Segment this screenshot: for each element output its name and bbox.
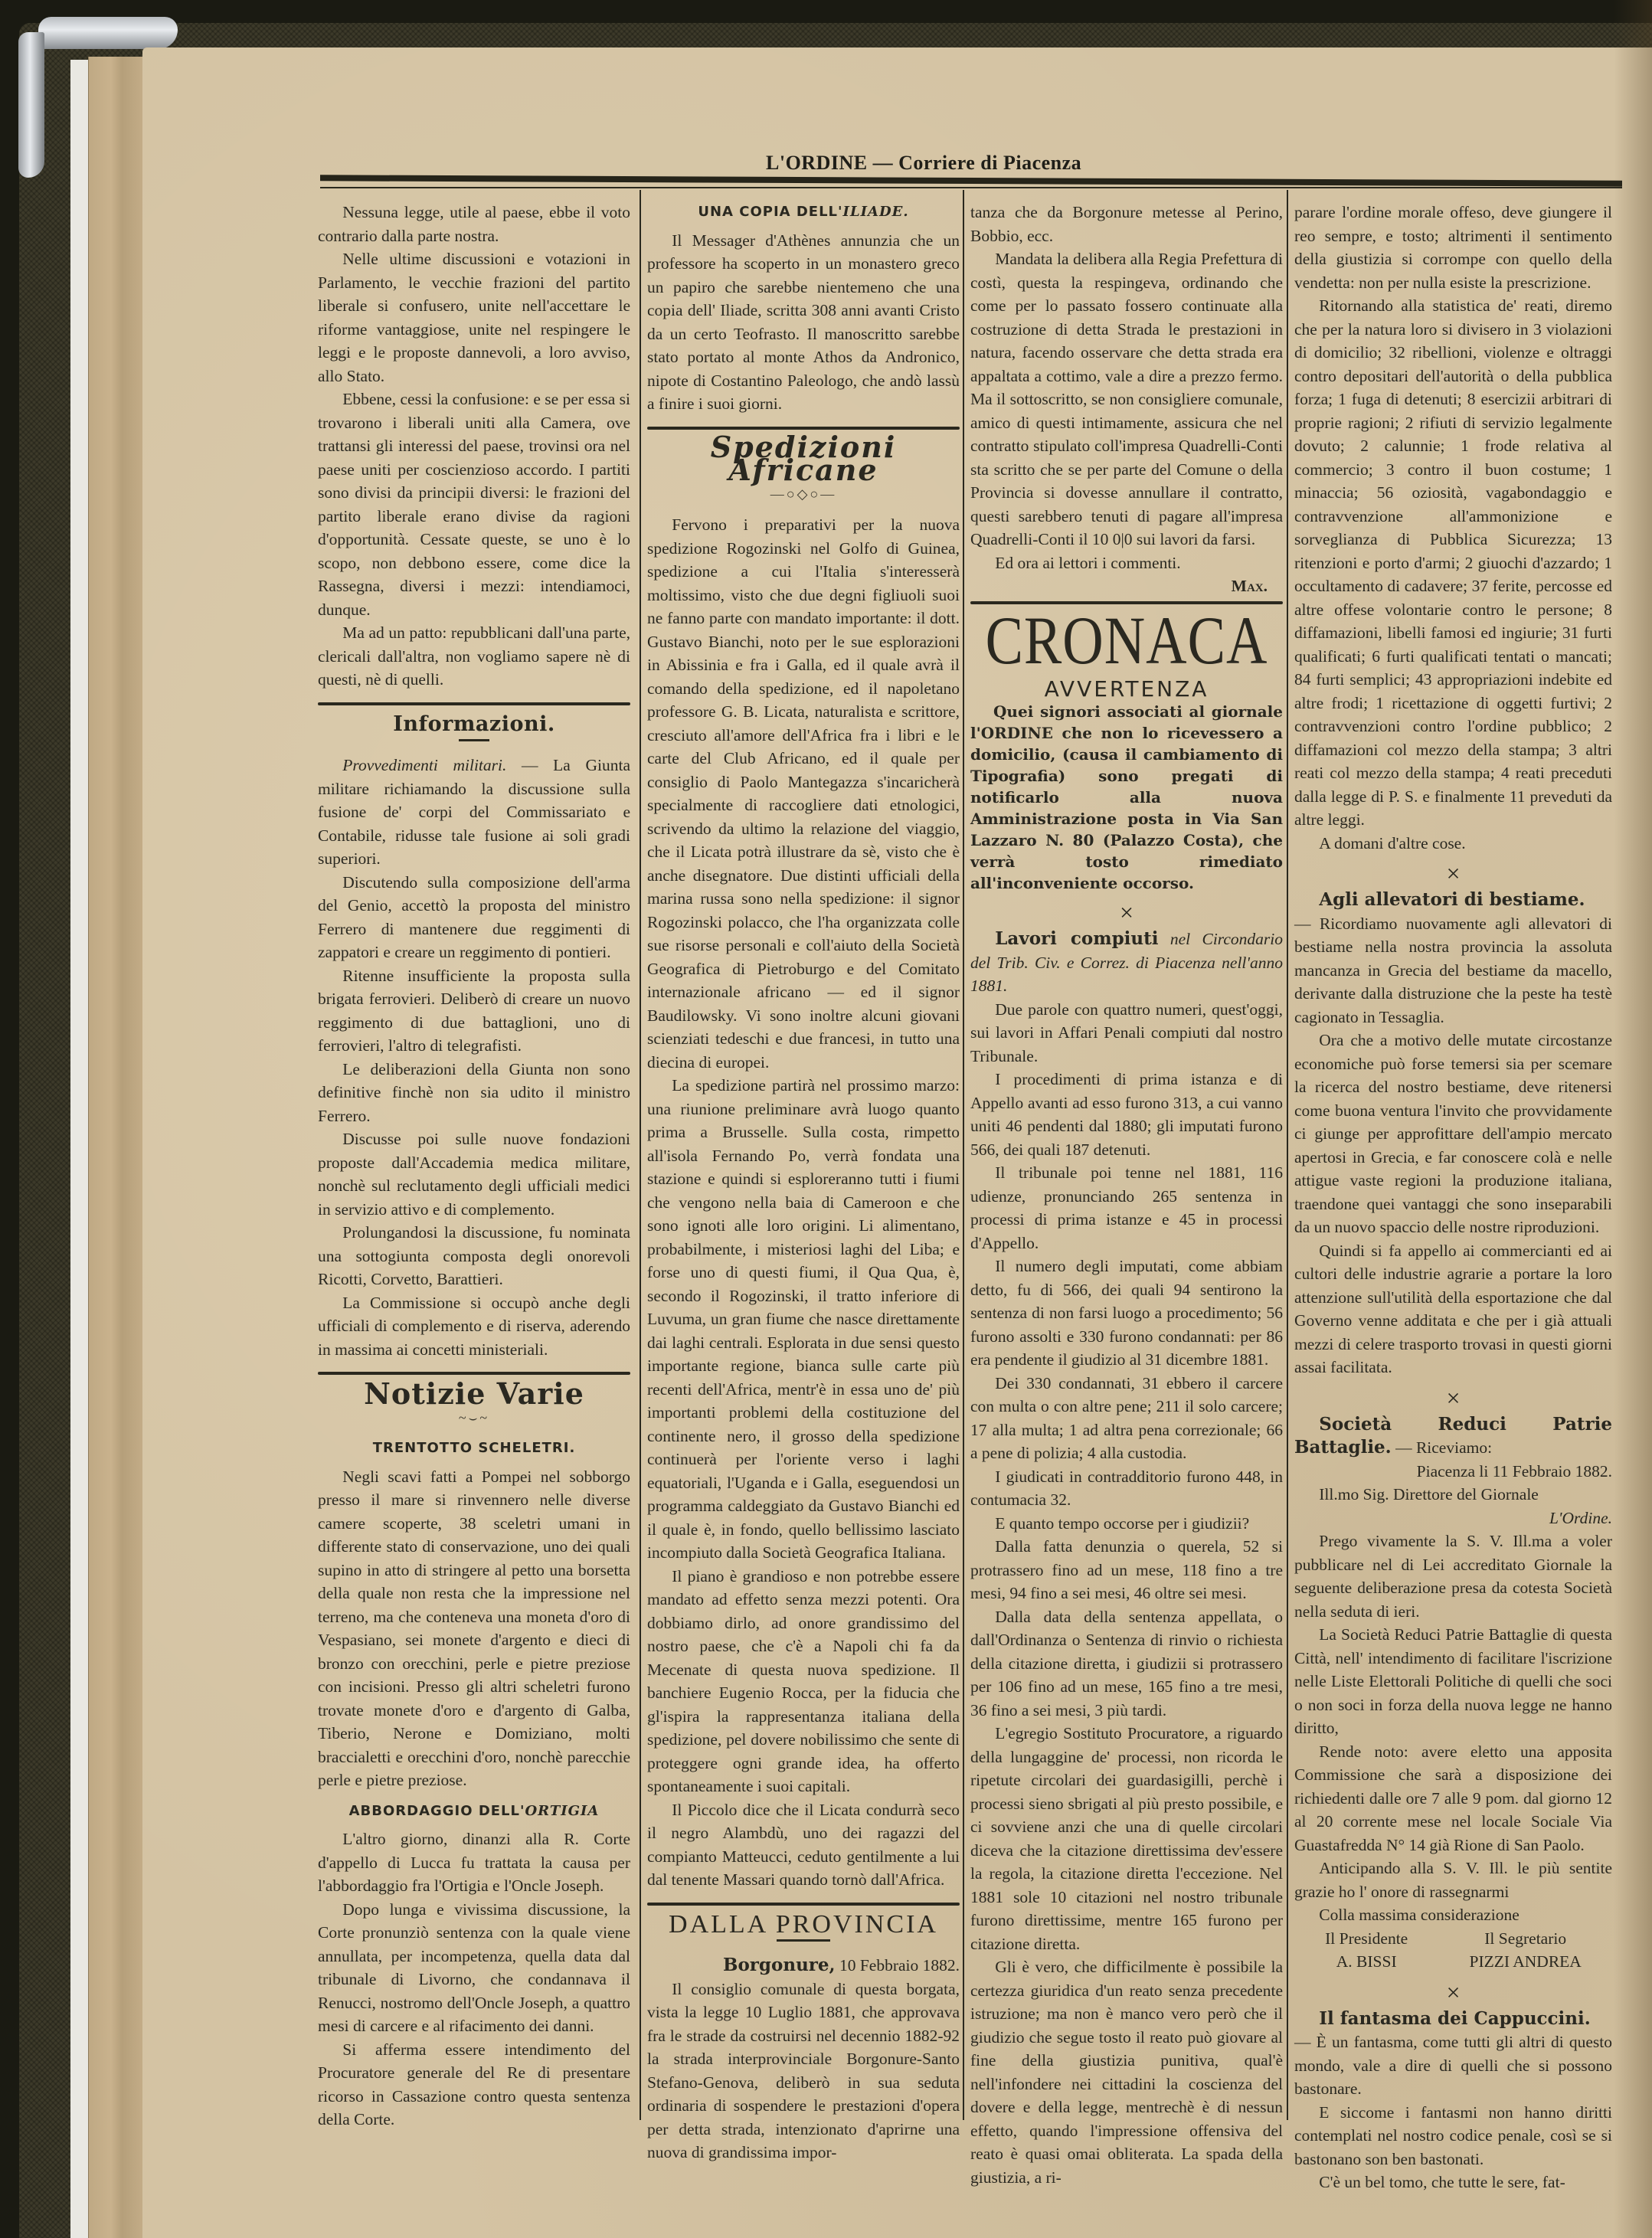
article-paragraph: Prolungandosi la discussione, fu nominat… xyxy=(318,1221,630,1291)
article-paragraph: I procedimenti di prima istanza e di App… xyxy=(970,1068,1283,1161)
article-paragraph: I giudicati in contradditorio furono 448… xyxy=(970,1465,1283,1512)
letter-salutation-paper: L'Ordine. xyxy=(1294,1507,1612,1530)
article-lead: Agli allevatori di bestiame. xyxy=(1294,888,1612,912)
letter-salutation: Ill.mo Sig. Direttore del Giornale xyxy=(1294,1483,1612,1507)
article-title-scheletri: TRENTOTTO SCHELETRI. xyxy=(318,1437,630,1461)
section-heading-dalla-provincia: DALLA PROVINCIA xyxy=(647,1913,960,1937)
article-paragraph: Due parole con quattro numeri, quest'ogg… xyxy=(970,998,1283,1068)
column-divider-1 xyxy=(640,190,641,2120)
author-signature: Max. xyxy=(970,574,1283,598)
dateline: Borgonure, 10 Febbraio 1882. xyxy=(647,1954,960,1978)
article-paragraph: Si afferma essere intendimento del Procu… xyxy=(318,2038,630,2132)
article-paragraph: Mandata la delibera alla Regia Prefettur… xyxy=(970,247,1283,551)
article-paragraph: A domani d'altre cose. xyxy=(1294,832,1612,856)
article-paragraph: Ebbene, cessi la confusione: e se per es… xyxy=(318,388,630,621)
article-paragraph: — Ricordiamo nuovamente agli allevatori … xyxy=(1294,912,1612,1029)
page-edges-stack xyxy=(88,57,144,2238)
article-paragraph: Rende noto: avere eletto una apposita Co… xyxy=(1294,1740,1612,1857)
article-paragraph: Nessuna legge, utile al paese, ebbe il v… xyxy=(318,201,630,247)
article-title-ortigia: ABBORDAGGIO DELL'ORTIGIA xyxy=(318,1800,630,1824)
metal-corner-protector-top xyxy=(38,17,178,49)
separator-cross: × xyxy=(1294,859,1612,887)
lead-italic: Provvedimenti militari. xyxy=(342,756,506,774)
column-divider-2 xyxy=(963,190,964,2120)
section-divider xyxy=(647,427,960,430)
article-paragraph: Ritenne insufficiente la proposta sulla … xyxy=(318,964,630,1058)
signature-secretary: Il Segretario PIZZI ANDREA xyxy=(1470,1927,1582,1974)
article-lead: Il fantasma dei Cappuccini. xyxy=(1294,2007,1612,2031)
article-paragraph: Il tribunale poi tenne nel 1881, 116 udi… xyxy=(970,1161,1283,1255)
article-paragraph: Anticipando alla S. V. Ill. le più senti… xyxy=(1294,1857,1612,1903)
column-3: tanza che da Borgonure metesse al Perino… xyxy=(970,201,1283,2189)
article-paragraph: Dalla fatta denunzia o querela, 52 si pr… xyxy=(970,1535,1283,1605)
article-paragraph: Dalla data della sentenza appellata, o d… xyxy=(970,1605,1283,1723)
article-title-iliade: UNA COPIA DELL'ILIADE. xyxy=(647,201,960,224)
article-paragraph: Il Piccolo dice che il Licata condurrà s… xyxy=(647,1798,960,1892)
article-paragraph: La spedizione partirà nel prossimo marzo… xyxy=(647,1074,960,1565)
section-heading-notizie-varie: Notizie Varie xyxy=(318,1382,630,1406)
article-paragraph: Discutendo sulla composizione dell'arma … xyxy=(318,871,630,964)
section-divider xyxy=(318,1372,630,1375)
article-paragraph: Quindi si fa appello ai commercianti ed … xyxy=(1294,1239,1612,1379)
article-paragraph: Il numero degli imputati, come abbiam de… xyxy=(970,1255,1283,1372)
signature-president: Il Presidente A. BISSI xyxy=(1325,1927,1408,1974)
article-paragraph: Fervono i preparativi per la nuova spedi… xyxy=(647,513,960,1074)
heading-dash xyxy=(459,739,489,741)
article-lead: Società Reduci Patrie Battaglie. — Ricev… xyxy=(1294,1413,1612,1460)
column-divider-3 xyxy=(1287,190,1288,2120)
letter-date: Piacenza li 11 Febbraio 1882. xyxy=(1294,1460,1612,1484)
article-paragraph: Dopo lunga e vivissima discussione, la C… xyxy=(318,1898,630,2038)
masthead-title: L'ORDINE — Corriere di Piacenza xyxy=(766,152,1081,175)
article-paragraph: L'egregio Sostituto Procuratore, a rigua… xyxy=(970,1722,1283,1955)
article-paragraph: Negli scavi fatti a Pompei nel sobborgo … xyxy=(318,1465,630,1792)
section-heading-cronaca: CRONACA xyxy=(970,604,1283,678)
column-4: parare l'ordine morale offeso, deve giun… xyxy=(1294,201,1612,2194)
signatures-row: Il Presidente A. BISSI Il Segretario PIZ… xyxy=(1294,1927,1612,1974)
column-2: UNA COPIA DELL'ILIADE. Il Messager d'Ath… xyxy=(647,201,960,2164)
article-paragraph: Il piano è grandioso e non potrebbe esse… xyxy=(647,1565,960,1798)
metal-corner-protector-left xyxy=(18,32,44,178)
article-lead: Lavori compiuti nel Circondario del Trib… xyxy=(970,928,1283,998)
article-paragraph: Prego vivamente la S. V. Ill.ma a voler … xyxy=(1294,1530,1612,1623)
article-paragraph: parare l'ordine morale offeso, deve giun… xyxy=(1294,201,1612,294)
article-paragraph: Le deliberazioni della Giunta non sono d… xyxy=(318,1058,630,1128)
article-paragraph: Discusse poi sulle nuove fondazioni prop… xyxy=(318,1127,630,1221)
separator-cross: × xyxy=(1294,1978,1612,2006)
masthead-thin-rule xyxy=(320,187,1622,188)
separator-cross: × xyxy=(970,898,1283,926)
column-1: Nessuna legge, utile al paese, ebbe il v… xyxy=(318,201,630,2132)
binding-paper-strip xyxy=(70,60,89,2238)
article-paragraph: Colla massima considerazione xyxy=(1294,1903,1612,1927)
article-paragraph: Dei 330 condannati, 31 ebbero il carcere… xyxy=(970,1372,1283,1465)
ornament-chain: —○◇○— xyxy=(647,483,960,506)
article-paragraph: Ritornando alla statistica de' reati, di… xyxy=(1294,294,1612,832)
article-paragraph: La Società Reduci Patrie Battaglie di qu… xyxy=(1294,1623,1612,1740)
article-paragraph: Ed ora ai lettori i commenti. xyxy=(970,551,1283,575)
article-paragraph: — È un fantasma, come tutti gli altri di… xyxy=(1294,2030,1612,2101)
heading-dash xyxy=(777,1939,830,1942)
article-paragraph: Ora che a motivo delle mutate circostanz… xyxy=(1294,1029,1612,1239)
article-paragraph: Ma ad un patto: repubblicani dall'una pa… xyxy=(318,621,630,692)
notice-body: Quei signori associati al giornale l'ORD… xyxy=(970,701,1283,894)
article-paragraph: Il Messager d'Athènes annunzia che un pr… xyxy=(647,229,960,416)
article-paragraph: Gli è vero, che difficilmente è possibil… xyxy=(970,1955,1283,2189)
section-divider xyxy=(318,702,630,705)
notice-heading-avvertenza: AVVERTENZA xyxy=(970,678,1283,702)
section-heading-informazioni: Informazioni. xyxy=(318,713,630,737)
article-paragraph: Nelle ultime discussioni e votazioni in … xyxy=(318,247,630,388)
article-paragraph: C'è un bel tomo, che tutte le sere, fat- xyxy=(1294,2171,1612,2194)
article-paragraph: Il consiglio comunale di questa borgata,… xyxy=(647,1978,960,2164)
article-paragraph: E quanto tempo occorse per i giudizii? xyxy=(970,1512,1283,1536)
page-right-shadow xyxy=(1614,0,1652,2238)
article-paragraph: La Commissione si occupò anche degli uff… xyxy=(318,1291,630,1362)
section-divider xyxy=(647,1903,960,1906)
section-heading-spedizioni-africane: Spedizioni Africane xyxy=(647,436,960,483)
article-paragraph: E siccome i fantasmi non hanno diritti c… xyxy=(1294,2101,1612,2171)
separator-cross: × xyxy=(1294,1384,1612,1412)
article-paragraph: tanza che da Borgonure metesse al Perino… xyxy=(970,201,1283,247)
article-paragraph: L'altro giorno, dinanzi alla R. Corte d'… xyxy=(318,1827,630,1898)
article-paragraph: Provvedimenti militari. — La Giunta mili… xyxy=(318,754,630,871)
